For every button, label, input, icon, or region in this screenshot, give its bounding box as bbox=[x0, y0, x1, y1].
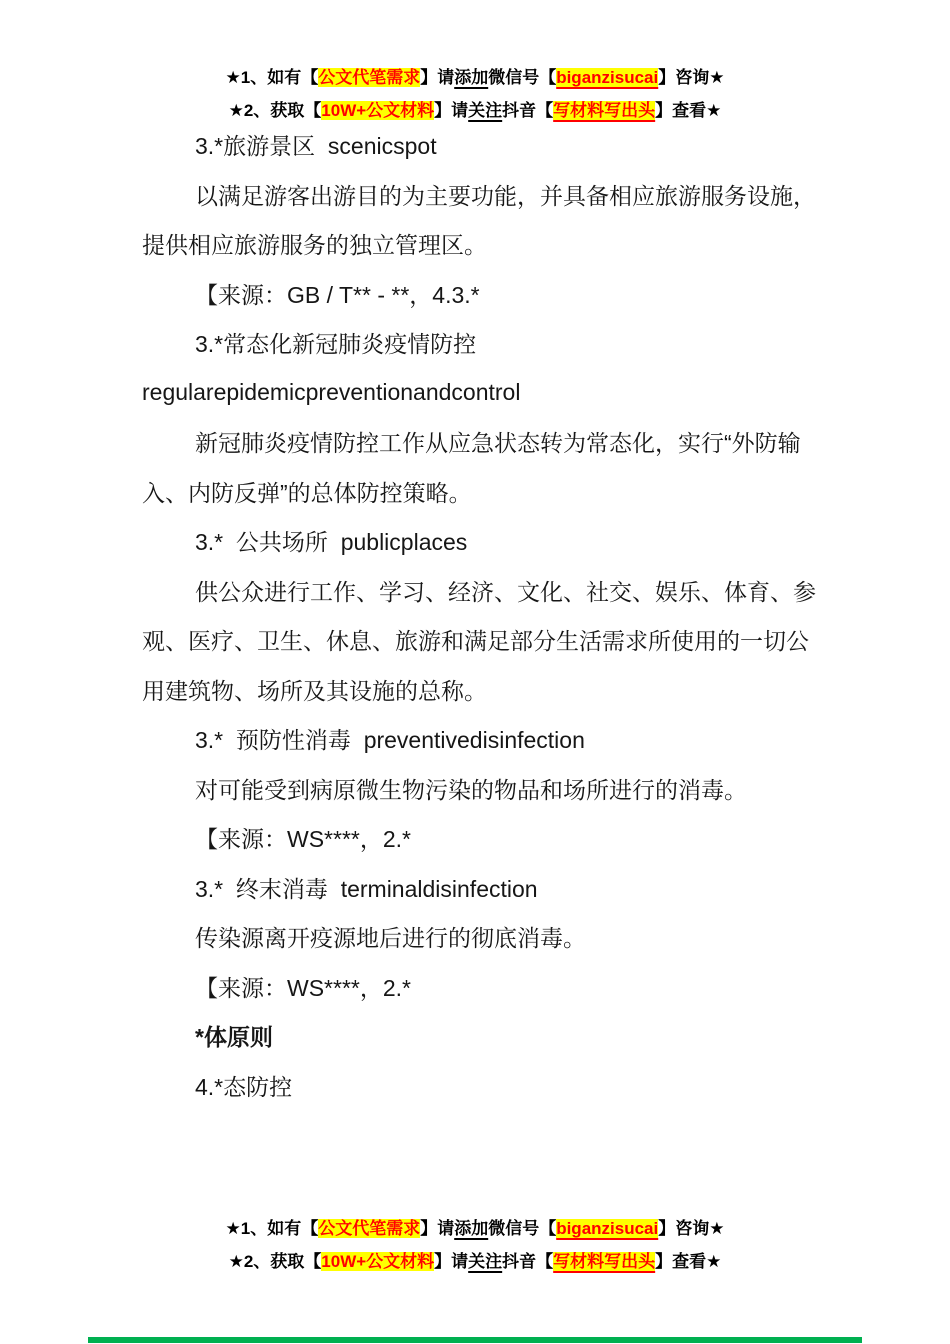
promo-text: ★1、如有【 bbox=[226, 68, 319, 87]
promo-text: 】咨询★ bbox=[658, 68, 724, 87]
doc-line: 提供相应旅游服务的独立管理区。 bbox=[142, 219, 814, 269]
doc-line: 3.* 终末消毒 terminaldisinfection bbox=[142, 863, 814, 913]
promo-highlighted-text: 写材料写出头 bbox=[553, 1252, 655, 1271]
promo-text: 抖音【 bbox=[502, 101, 553, 120]
doc-line: 3.* 公共场所 publicplaces bbox=[142, 516, 814, 566]
promo-line-1: ★1、如有【公文代笔需求】请添加微信号【biganzisucai】咨询★ bbox=[0, 61, 950, 94]
doc-line: 【来源：WS****，2.* bbox=[142, 962, 814, 1012]
promo-text: ★2、获取【 bbox=[229, 1252, 322, 1271]
promo-banner-bottom: ★1、如有【公文代笔需求】请添加微信号【biganzisucai】咨询★★2、获… bbox=[0, 1212, 950, 1278]
doc-line: 3.*常态化新冠肺炎疫情防控 bbox=[142, 318, 814, 368]
doc-line: 4.*态防控 bbox=[142, 1061, 814, 1111]
promo-underlined-text: 关注 bbox=[468, 101, 502, 120]
doc-line: 以满足游客出游目的为主要功能，并具备相应旅游服务设施， bbox=[142, 170, 814, 220]
promo-text: 】请 bbox=[434, 1252, 468, 1271]
promo-highlighted-text: 写材料写出头 bbox=[553, 101, 655, 120]
promo-highlighted-text: 10W+公文材料 bbox=[321, 101, 434, 120]
promo-banner-top: ★1、如有【公文代笔需求】请添加微信号【biganzisucai】咨询★★2、获… bbox=[0, 61, 950, 127]
promo-highlighted-text: 10W+公文材料 bbox=[321, 1252, 434, 1271]
promo-text: ★2、获取【 bbox=[229, 101, 322, 120]
promo-line-1: ★1、如有【公文代笔需求】请添加微信号【biganzisucai】咨询★ bbox=[0, 1212, 950, 1245]
doc-line: regularepidemicpreventionandcontrol bbox=[142, 368, 814, 418]
doc-line: 【来源：GB / T** - **，4.3.* bbox=[142, 269, 814, 319]
doc-line: 用建筑物、场所及其设施的总称。 bbox=[142, 665, 814, 715]
doc-line: 传染源离开疫源地后进行的彻底消毒。 bbox=[142, 912, 814, 962]
promo-text: 】查看★ bbox=[655, 1252, 721, 1271]
document-body: 3.*旅游景区 scenicspot以满足游客出游目的为主要功能，并具备相应旅游… bbox=[142, 120, 814, 1110]
doc-line: 对可能受到病原微生物污染的物品和场所进行的消毒。 bbox=[142, 764, 814, 814]
promo-text: 】咨询★ bbox=[658, 1219, 724, 1238]
promo-highlighted-text: 公文代笔需求 bbox=[318, 1219, 420, 1238]
promo-text: 抖音【 bbox=[502, 1252, 553, 1271]
promo-underlined-text: 添加 bbox=[454, 1219, 488, 1238]
promo-highlighted-text: biganzisucai bbox=[556, 1219, 658, 1238]
promo-highlighted-text: 公文代笔需求 bbox=[318, 68, 420, 87]
promo-text: 微信号【 bbox=[488, 68, 556, 87]
promo-text: 微信号【 bbox=[488, 1219, 556, 1238]
doc-line: 供公众进行工作、学习、经济、文化、社交、娱乐、体育、参 bbox=[142, 566, 814, 616]
promo-text: 】请 bbox=[420, 1219, 454, 1238]
promo-text: 】请 bbox=[434, 101, 468, 120]
promo-line-2: ★2、获取【10W+公文材料】请关注抖音【写材料写出头】查看★ bbox=[0, 1245, 950, 1278]
doc-line: 3.* 预防性消毒 preventivedisinfection bbox=[142, 714, 814, 764]
doc-line: 观、医疗、卫生、休息、旅游和满足部分生活需求所使用的一切公 bbox=[142, 615, 814, 665]
promo-underlined-text: 关注 bbox=[468, 1252, 502, 1271]
promo-highlighted-text: biganzisucai bbox=[556, 68, 658, 87]
doc-line: 新冠肺炎疫情防控工作从应急状态转为常态化，实行“外防输 bbox=[142, 417, 814, 467]
promo-text: 】请 bbox=[420, 68, 454, 87]
doc-line: 【来源：WS****，2.* bbox=[142, 813, 814, 863]
promo-text: 】查看★ bbox=[655, 101, 721, 120]
doc-heading-line: *体原则 bbox=[142, 1011, 814, 1061]
promo-underlined-text: 添加 bbox=[454, 68, 488, 87]
doc-line: 入、内防反弹”的总体防控策略。 bbox=[142, 467, 814, 517]
document-page: ★1、如有【公文代笔需求】请添加微信号【biganzisucai】咨询★★2、获… bbox=[0, 0, 950, 1344]
bottom-green-bar bbox=[88, 1337, 862, 1343]
doc-line: 3.*旅游景区 scenicspot bbox=[142, 120, 814, 170]
promo-text: ★1、如有【 bbox=[226, 1219, 319, 1238]
